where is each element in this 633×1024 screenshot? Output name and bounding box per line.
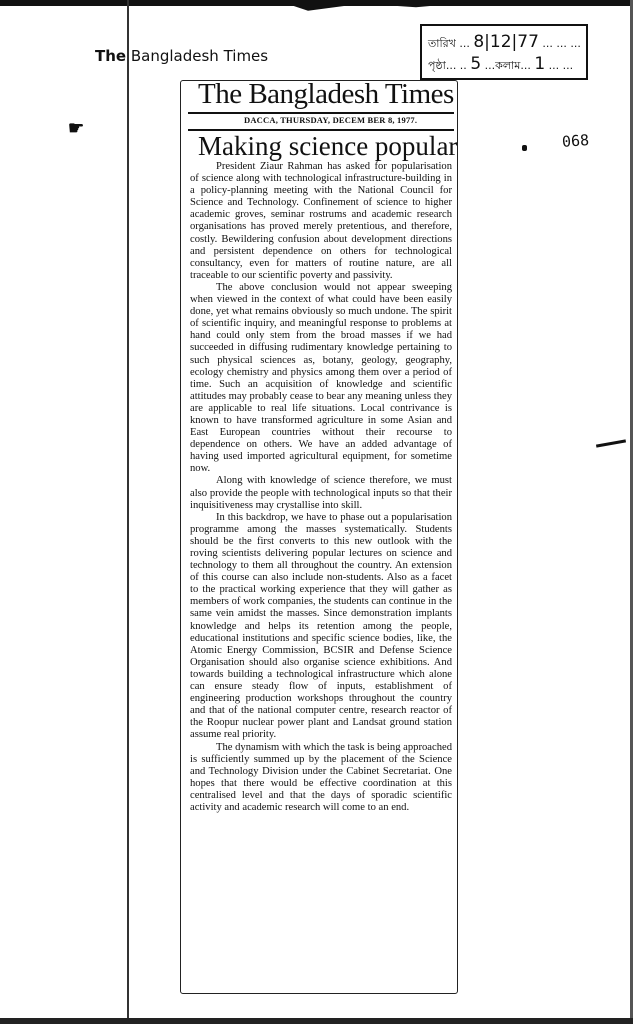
newspaper-dateline: DACCA, THURSDAY, DECEM BER 8, 1977. <box>244 115 417 125</box>
article-paragraph: The above conclusion would not appear sw… <box>190 282 452 476</box>
stamp-date-value: 8|12|77 <box>473 32 539 52</box>
article-headline: Making science popular <box>198 131 457 162</box>
scan-torn-edge <box>290 0 470 12</box>
stamp-page-label: পৃষ্ঠা... .. <box>428 59 467 72</box>
article-body: President Ziaur Rahman has asked for pop… <box>190 161 452 814</box>
masthead-rule-top <box>188 112 454 114</box>
ink-dot <box>522 145 527 151</box>
ink-mark-icon: ☛ <box>68 118 84 139</box>
stamp-page-value: 5 <box>470 54 481 74</box>
stamp-column-value: 1 <box>534 54 545 74</box>
stamp-page-row: পৃষ্ঠা... .. 5 ...কলাম... 1 ... ... <box>428 54 573 76</box>
clipping-source-label: The Bangladesh Times <box>95 47 268 65</box>
clipping-source-the: The <box>95 47 126 65</box>
stamp-column-label: ...কলাম... <box>485 59 531 72</box>
stamp-column-trail: ... ... <box>549 59 573 72</box>
article-paragraph: President Ziaur Rahman has asked for pop… <box>190 161 452 282</box>
newspaper-masthead: The Bangladesh Times <box>198 78 454 111</box>
ink-stroke <box>596 439 626 447</box>
stamp-date-trail: ... ... ... <box>542 37 580 50</box>
archive-number: 068 <box>561 131 589 151</box>
stamp-date-row: তারিখ ... 8|12|77 ... ... ... <box>428 32 581 54</box>
stamp-date-label: তারিখ ... <box>428 37 470 50</box>
article-paragraph: Along with knowledge of science therefor… <box>190 475 452 511</box>
article-paragraph: In this backdrop, we have to phase out a… <box>190 512 452 742</box>
clipping-source-name: Bangladesh Times <box>126 47 268 65</box>
scan-bottom-edge <box>0 1018 633 1024</box>
page-fold-line <box>127 0 129 1024</box>
archive-stamp: তারিখ ... 8|12|77 ... ... ... পৃষ্ঠা... … <box>420 24 588 80</box>
article-paragraph: The dynamism with which the task is bein… <box>190 742 452 815</box>
